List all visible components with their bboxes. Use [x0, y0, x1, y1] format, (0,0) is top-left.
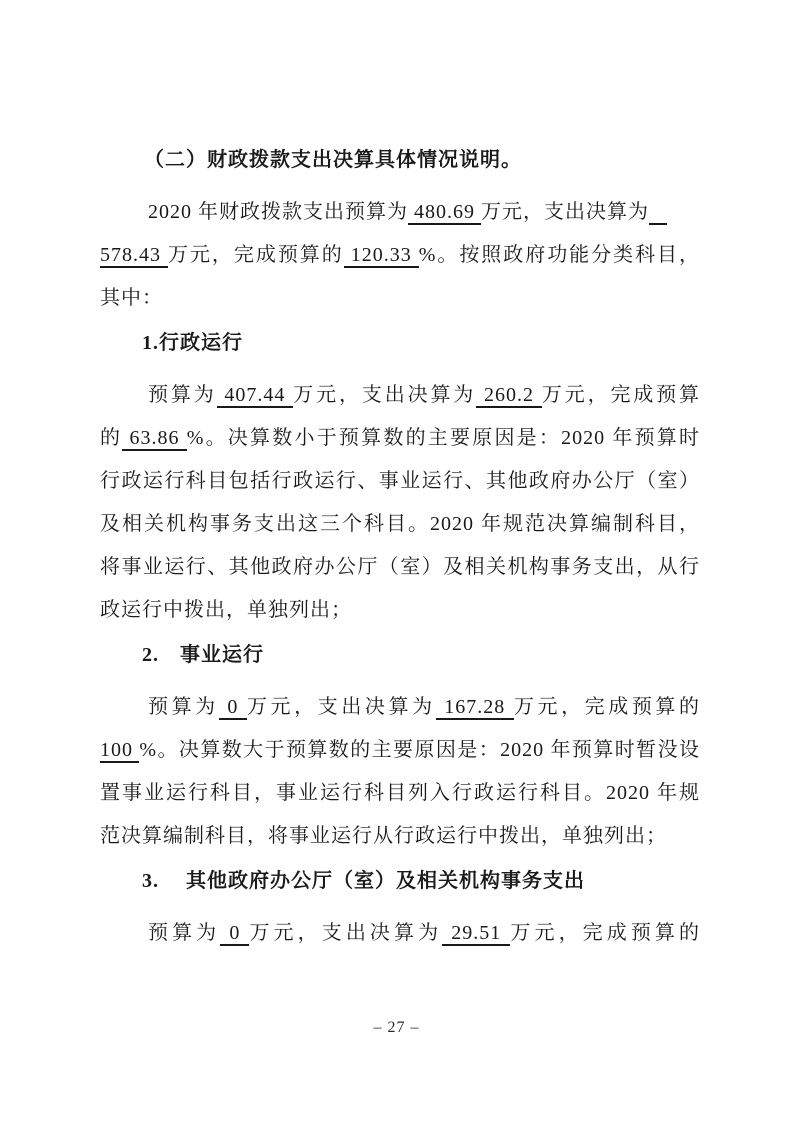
paragraph: 2020 年财政拨款支出预算为 480.69 万元，支出决算为 578.43 万… — [100, 191, 700, 320]
text-run: 万元，支出决算为 — [249, 922, 442, 944]
text-line: 其中： — [100, 277, 700, 320]
text-line: 范决算编制科目，将事业运行从行政运行中拨出，单独列出； — [100, 815, 700, 858]
text-run: 万元，完成预算的 — [514, 696, 700, 718]
text-line: 政运行中拨出，单独列出； — [100, 589, 700, 632]
text-run: 预算为 — [148, 922, 220, 944]
text-run: 万元，完成预算的 — [168, 244, 344, 266]
text-run: 其中： — [100, 287, 163, 309]
text-line: 预算为 0 万元，支出决算为 29.51 万元，完成预算的 — [100, 912, 700, 955]
text-run: 政运行中拨出，单独列出； — [100, 599, 352, 621]
text-line: 100 %。决算数大于预算数的主要原因是：2020 年预算时暂没设 — [100, 729, 700, 772]
paragraph: 预算为 0 万元，支出决算为 29.51 万元，完成预算的 — [100, 912, 700, 955]
text-run: 万元，支出决算为 — [481, 201, 649, 223]
text-run: 行政运行科目包括行政运行、事业运行、其他政府办公厅（室） — [100, 470, 700, 492]
page-number: – 27 – — [0, 1016, 793, 1040]
underlined-value: 63.86 — [122, 427, 186, 451]
underlined-value: 29.51 — [442, 922, 510, 946]
text-run: 预算为 — [148, 384, 217, 406]
text-run: 将事业运行、其他政府办公厅（室）及相关机构事务支出，从行 — [100, 556, 700, 578]
text-run: 万元，完成预算的 — [510, 922, 700, 944]
text-run: 万元，支出决算为 — [293, 384, 476, 406]
text-run: 万元，支出决算为 — [247, 696, 436, 718]
document-body: （二）财政拨款支出决算具体情况说明。2020 年财政拨款支出预算为 480.69… — [100, 141, 700, 955]
text-run: 置事业运行科目，事业运行科目列入行政运行科目。2020 年规 — [100, 782, 700, 804]
text-line: 578.43 万元，完成预算的 120.33 %。按照政府功能分类科目， — [100, 234, 700, 277]
document-page: （二）财政拨款支出决算具体情况说明。2020 年财政拨款支出预算为 480.69… — [0, 0, 793, 1122]
text-run: %。按照政府功能分类科目， — [419, 244, 700, 266]
underlined-value: 578.43 — [100, 244, 168, 268]
underlined-value: 100 — [100, 739, 139, 763]
text-line: 2020 年财政拨款支出预算为 480.69 万元，支出决算为 — [100, 191, 700, 234]
underlined-value: 260.2 — [476, 384, 542, 408]
paragraph: 预算为 407.44 万元，支出决算为 260.2 万元，完成预算的 63.86… — [100, 374, 700, 632]
text-line: 行政运行科目包括行政运行、事业运行、其他政府办公厅（室） — [100, 460, 700, 503]
underlined-value: 407.44 — [217, 384, 294, 408]
numbered-heading: 2. 事业运行 — [100, 636, 700, 674]
numbered-heading: 3. 其他政府办公厅（室）及相关机构事务支出 — [100, 862, 700, 900]
underlined-value: 480.69 — [408, 201, 481, 225]
paragraph: 预算为 0 万元，支出决算为 167.28 万元，完成预算的100 %。决算数大… — [100, 686, 700, 858]
text-line: 及相关机构事务支出这三个科目。2020 年规范决算编制科目， — [100, 503, 700, 546]
underlined-value — [649, 201, 667, 225]
text-run: 2020 年财政拨款支出预算为 — [148, 201, 408, 223]
underlined-value: 0 — [220, 922, 249, 946]
text-run: %。决算数小于预算数的主要原因是：2020 年预算时 — [187, 427, 700, 449]
text-run: %。决算数大于预算数的主要原因是：2020 年预算时暂没设 — [139, 739, 700, 761]
text-run: 范决算编制科目，将事业运行从行政运行中拨出，单独列出； — [100, 825, 667, 847]
text-line: 置事业运行科目，事业运行科目列入行政运行科目。2020 年规 — [100, 772, 700, 815]
underlined-value: 120.33 — [344, 244, 419, 268]
text-line: 将事业运行、其他政府办公厅（室）及相关机构事务支出，从行 — [100, 546, 700, 589]
text-run: 预算为 — [148, 696, 219, 718]
text-line: 预算为 0 万元，支出决算为 167.28 万元，完成预算的 — [100, 686, 700, 729]
text-line: 的 63.86 %。决算数小于预算数的主要原因是：2020 年预算时 — [100, 417, 700, 460]
numbered-heading: 1.行政运行 — [100, 324, 700, 362]
text-run: 万元，完成预算 — [542, 384, 700, 406]
text-run: 及相关机构事务支出这三个科目。2020 年规范决算编制科目， — [100, 513, 700, 535]
text-run: 的 — [100, 427, 122, 449]
underlined-value: 0 — [219, 696, 247, 720]
text-line: 预算为 407.44 万元，支出决算为 260.2 万元，完成预算 — [100, 374, 700, 417]
underlined-value: 167.28 — [436, 696, 514, 720]
subsection-title: （二）财政拨款支出决算具体情况说明。 — [100, 141, 700, 179]
